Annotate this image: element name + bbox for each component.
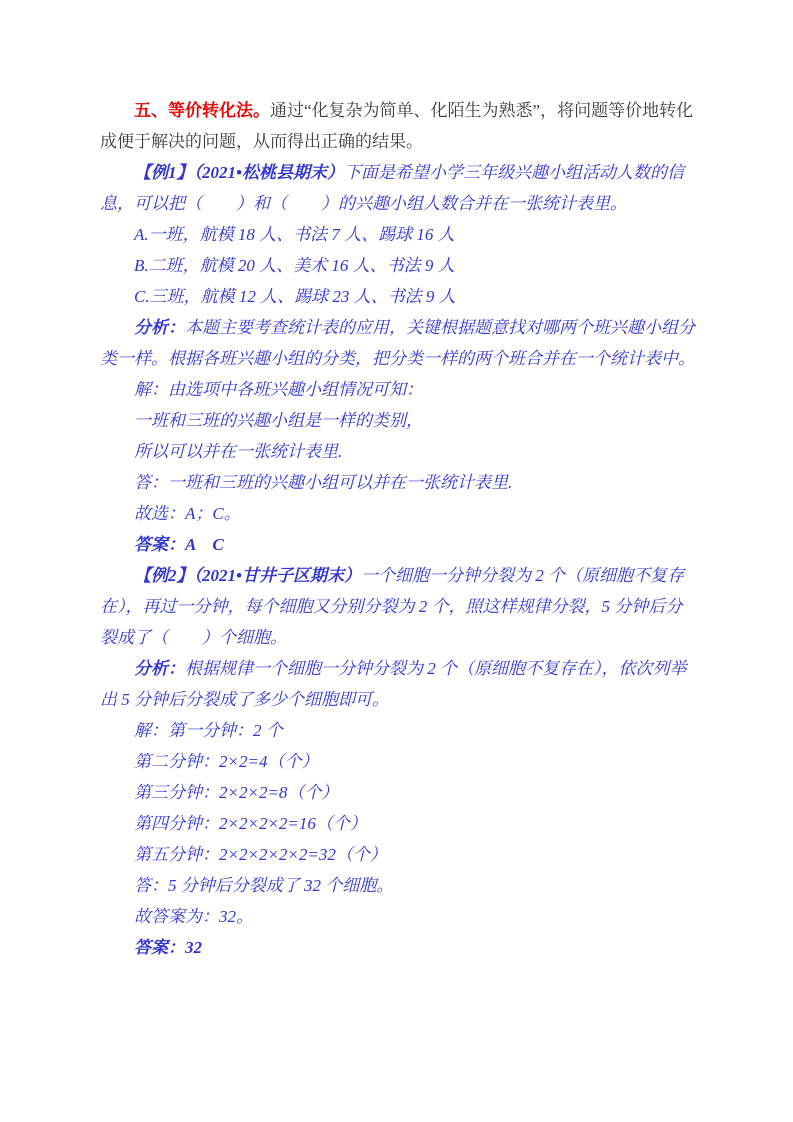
example2-analysis-label: 分析： bbox=[134, 659, 185, 678]
example2-solution-line: 解：第一分钟：2 个 bbox=[100, 715, 697, 746]
example1-solution-line: 所以可以并在一张统计表里. bbox=[100, 436, 697, 467]
example1-analysis-paragraph: 分析：本题主要考查统计表的应用，关键根据题意找对哪两个班兴趣小组分类一样。根据各… bbox=[100, 312, 697, 374]
example2-solution-line: 第五分钟：2×2×2×2×2=32（个） bbox=[100, 839, 697, 870]
example2-label: 【例2】 bbox=[134, 566, 194, 585]
example1-option-a: A.一班，航模 18 人、书法 7 人、踢球 16 人 bbox=[100, 219, 697, 250]
method-intro-paragraph: 五、等价转化法。通过“化复杂为简单、化陌生为熟悉”，将问题等价地转化成便于解决的… bbox=[100, 95, 697, 157]
example2-source: （2021•甘井子区期末） bbox=[194, 566, 361, 585]
example2-solution-line: 答：5 分钟后分裂成了 32 个细胞。 bbox=[100, 870, 697, 901]
example1-analysis-text: 本题主要考查统计表的应用，关键根据题意找对哪两个班兴趣小组分类一样。根据各班兴趣… bbox=[100, 318, 695, 368]
example1-solution-line: 答：一班和三班的兴趣小组可以并在一张统计表里. bbox=[100, 467, 697, 498]
example2-question-paragraph: 【例2】（2021•甘井子区期末）一个细胞一分钟分裂为 2 个（原细胞不复存在）… bbox=[100, 560, 697, 653]
example2-answer-paragraph: 答案：32 bbox=[100, 932, 697, 963]
example1-label: 【例1】 bbox=[134, 163, 194, 182]
example1-analysis-label: 分析： bbox=[134, 318, 185, 337]
example2-solution-line: 第二分钟：2×2=4（个） bbox=[100, 746, 697, 777]
example1-solution-line: 一班和三班的兴趣小组是一样的类别， bbox=[100, 405, 697, 436]
document-page: 五、等价转化法。通过“化复杂为简单、化陌生为熟悉”，将问题等价地转化成便于解决的… bbox=[0, 0, 793, 1122]
example2-solution-line: 故答案为：32。 bbox=[100, 901, 697, 932]
example1-answer-paragraph: 答案：A C bbox=[100, 529, 697, 560]
example1-question-paragraph: 【例1】（2021•松桃县期末）下面是希望小学三年级兴趣小组活动人数的信息，可以… bbox=[100, 157, 697, 219]
example1-solution-line: 故选：A；C。 bbox=[100, 498, 697, 529]
example2-solution-line: 第四分钟：2×2×2×2=16（个） bbox=[100, 808, 697, 839]
example2-analysis-text: 根据规律一个细胞一分钟分裂为 2 个（原细胞不复存在），依次列举出 5 分钟后分… bbox=[100, 659, 687, 709]
method-title: 五、等价转化法。 bbox=[134, 101, 270, 120]
example1-answer-label: 答案： bbox=[134, 535, 185, 554]
example2-answer-value: 32 bbox=[185, 938, 202, 957]
example2-answer-label: 答案： bbox=[134, 938, 185, 957]
example1-answer-value: A C bbox=[185, 535, 224, 554]
example2-analysis-paragraph: 分析：根据规律一个细胞一分钟分裂为 2 个（原细胞不复存在），依次列举出 5 分… bbox=[100, 653, 697, 715]
example1-option-c: C.三班，航模 12 人、踢球 23 人、书法 9 人 bbox=[100, 281, 697, 312]
example1-source: （2021•松桃县期末） bbox=[194, 163, 344, 182]
example2-solution-line: 第三分钟：2×2×2=8（个） bbox=[100, 777, 697, 808]
example1-solution-line: 解：由选项中各班兴趣小组情况可知： bbox=[100, 374, 697, 405]
example1-option-b: B.二班，航模 20 人、美术 16 人、书法 9 人 bbox=[100, 250, 697, 281]
